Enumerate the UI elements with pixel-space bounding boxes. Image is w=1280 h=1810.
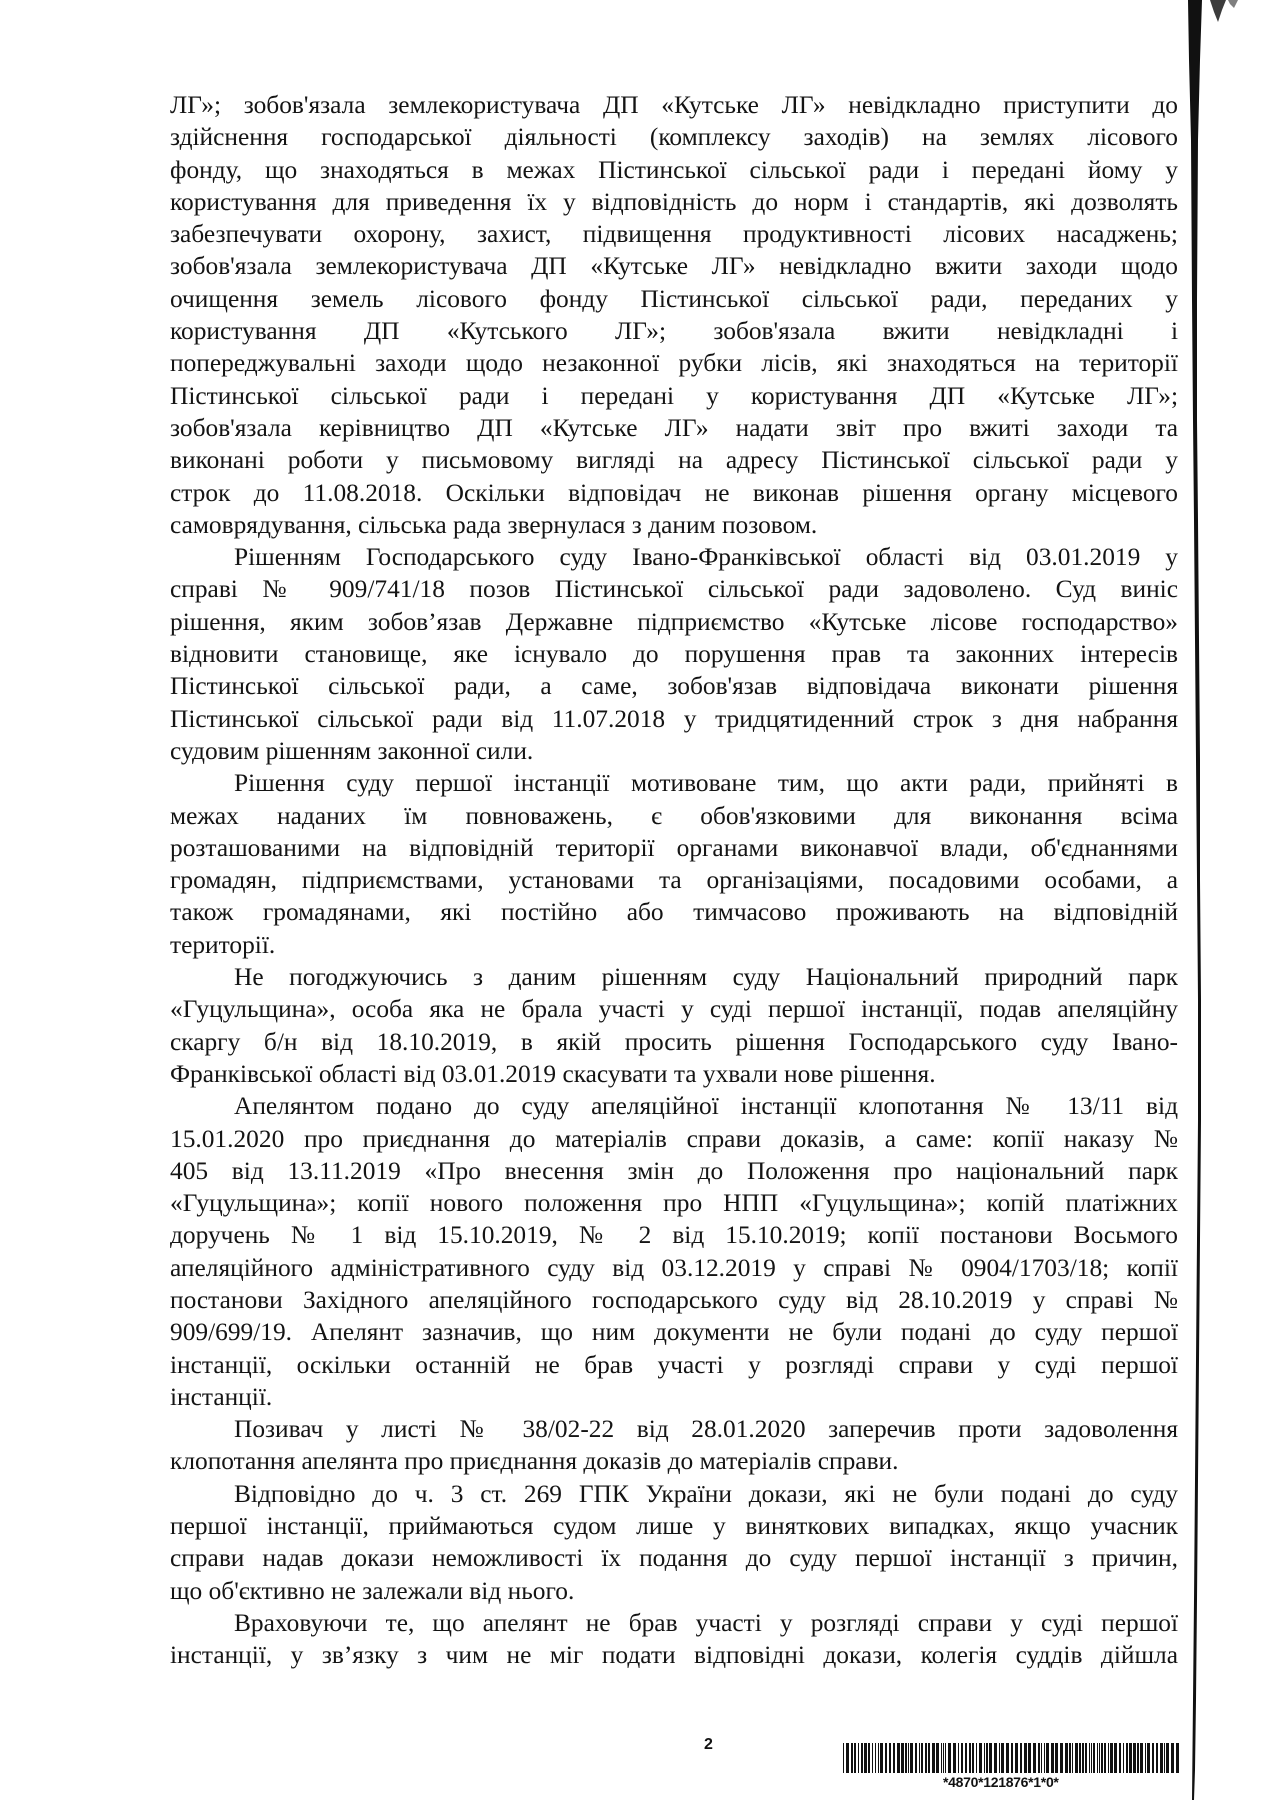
text-line: інстанції. [170,1381,1178,1413]
text-line: доручень № 1 від 15.10.2019, № 2 від 15.… [170,1219,1178,1251]
paragraph: Не погоджуючись з даним рішенням суду На… [170,961,1178,1090]
text-line: користування ДП «Кутського ЛГ»; зобов'яз… [170,315,1178,347]
page-number: 2 [704,1736,713,1754]
text-line: Пістинської сільської ради і передані у … [170,380,1178,412]
text-line: справи надав докази неможливості їх пода… [170,1542,1178,1574]
text-line: межах наданих їм повноважень, є обов'язк… [170,800,1178,832]
text-line: Відповідно до ч. 3 ст. 269 ГПК України д… [170,1478,1178,1510]
paragraph: ЛГ»; зобов'язала землекористувача ДП «Ку… [170,89,1178,541]
paragraph: Відповідно до ч. 3 ст. 269 ГПК України д… [170,1478,1178,1607]
text-line: інстанції, оскільки останній не брав уча… [170,1349,1178,1381]
text-line: постанови Західного апеляційного господа… [170,1284,1178,1316]
scan-edge-shadow [1184,0,1204,1810]
paragraph: Апелянтом подано до суду апеляційної інс… [170,1090,1178,1413]
text-line: «Гуцульщина»; копії нового положення про… [170,1187,1178,1219]
scan-artifact [1208,0,1248,30]
text-line: рішення, яким зобов’язав Державне підпри… [170,606,1178,638]
text-line: території. [170,929,1178,961]
text-line: здійснення господарської діяльності (ком… [170,121,1178,153]
text-line: Позивач у листі № 38/02-22 від 28.01.202… [170,1413,1178,1445]
text-line: очищення земель лісового фонду Пістинськ… [170,283,1178,315]
paragraph: Враховуючи те, що апелянт не брав участі… [170,1607,1178,1672]
text-line: попереджувальні заходи щодо незаконної р… [170,347,1178,379]
text-line: Франківської області від 03.01.2019 скас… [170,1058,1178,1090]
text-line: Пістинської сільської ради, а саме, зобо… [170,670,1178,702]
text-line: апеляційного адміністративного суду від … [170,1252,1178,1284]
text-line: також громадянами, які постійно або тимч… [170,896,1178,928]
text-line: забезпечувати охорону, захист, підвищенн… [170,218,1178,250]
text-line: самоврядування, сільська рада звернулася… [170,509,1178,541]
text-line: справі № 909/741/18 позов Пістинської сі… [170,573,1178,605]
text-line: що об'єктивно не залежали від нього. [170,1575,1178,1607]
text-line: скаргу б/н від 18.10.2019, в якій просит… [170,1026,1178,1058]
paragraph: Рішенням Господарського суду Івано-Франк… [170,541,1178,767]
text-line: 15.01.2020 про приєднання до матеріалів … [170,1123,1178,1155]
text-line: Рішенням Господарського суду Івано-Франк… [170,541,1178,573]
barcode-text: *4870*121876*1*0* [943,1774,1059,1790]
text-line: судовим рішенням законної сили. [170,735,1178,767]
text-line: Враховуючи те, що апелянт не брав участі… [170,1607,1178,1639]
text-line: Пістинської сільської ради від 11.07.201… [170,703,1178,735]
text-line: 405 від 13.11.2019 «Про внесення змін до… [170,1155,1178,1187]
text-line: користування для приведення їх у відпові… [170,186,1178,218]
text-line: розташованими на відповідній території о… [170,832,1178,864]
text-line: Апелянтом подано до суду апеляційної інс… [170,1090,1178,1122]
text-line: фонду, що знаходяться в межах Пістинсько… [170,154,1178,186]
paragraph: Рішення суду першої інстанції мотивоване… [170,767,1178,961]
text-line: ЛГ»; зобов'язала землекористувача ДП «Ку… [170,89,1178,121]
text-line: Рішення суду першої інстанції мотивоване… [170,767,1178,799]
text-line: зобов'язала землекористувача ДП «Кутське… [170,250,1178,282]
document-body: ЛГ»; зобов'язала землекористувача ДП «Ку… [170,89,1178,1672]
text-line: 909/699/19. Апелянт зазначив, що ним док… [170,1316,1178,1348]
text-line: клопотання апелянта про приєднання доказ… [170,1445,1178,1477]
text-line: «Гуцульщина», особа яка не брала участі … [170,993,1178,1025]
text-line: інстанції, у зв’язку з чим не міг подати… [170,1639,1178,1671]
text-line: зобов'язала керівництво ДП «Кутське ЛГ» … [170,412,1178,444]
text-line: відновити становище, яке існувало до пор… [170,638,1178,670]
barcode [843,1743,1179,1773]
text-line: виконані роботи у письмовому вигляді на … [170,444,1178,476]
text-line: громадян, підприємствами, установами та … [170,864,1178,896]
text-line: Не погоджуючись з даним рішенням суду На… [170,961,1178,993]
text-line: першої інстанції, приймаються судом лише… [170,1510,1178,1542]
text-line: строк до 11.08.2018. Оскільки відповідач… [170,477,1178,509]
paragraph: Позивач у листі № 38/02-22 від 28.01.202… [170,1413,1178,1478]
